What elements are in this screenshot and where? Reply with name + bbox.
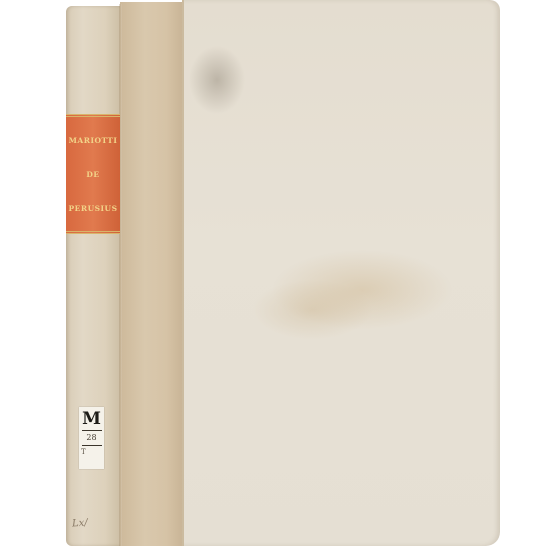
spine-title-line-3: PERUSIUS xyxy=(68,204,118,213)
front-cover xyxy=(182,0,500,546)
shelf-mark-rule xyxy=(82,430,102,431)
shelf-mark-rule-2 xyxy=(82,445,102,446)
spine-handwritten-inscription: Lx/ xyxy=(72,517,88,529)
book-photo: MARIOTTI DE PERUSIUS M 28 T Lx/ xyxy=(0,0,550,550)
spine-fold xyxy=(119,4,122,546)
spine-title-line-2: DE xyxy=(68,170,118,179)
cover-hinge xyxy=(182,0,184,546)
shelf-mark-annotation: T xyxy=(81,448,86,456)
spine-title-line-1: MARIOTTI xyxy=(68,136,118,145)
shelf-mark-number: 28 xyxy=(86,433,96,443)
spine-title-label: MARIOTTI DE PERUSIUS xyxy=(66,114,120,234)
shelf-mark-label: M 28 T xyxy=(79,407,104,469)
shelf-mark-letter: M xyxy=(82,410,101,428)
spine-right-panel xyxy=(120,2,182,546)
